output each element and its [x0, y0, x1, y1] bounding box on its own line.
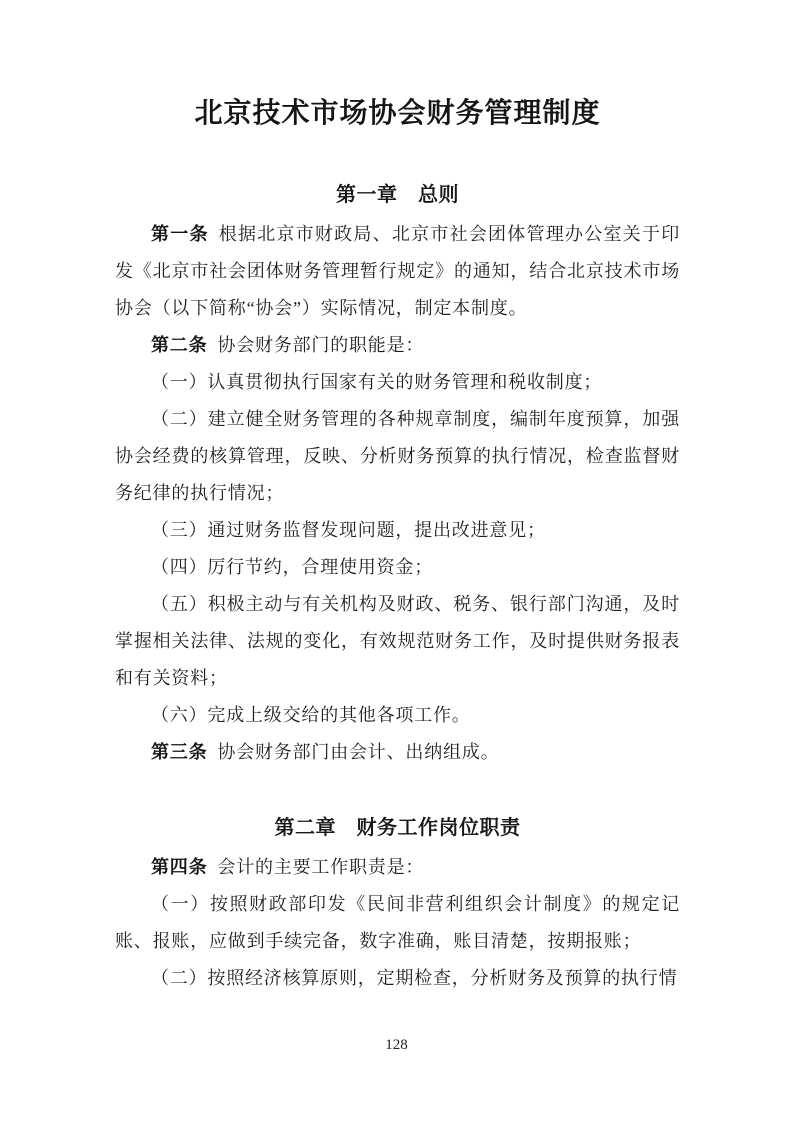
- item-paragraph: （二）按照经济核算原则，定期检查，分析财务及预算的执行情: [115, 960, 680, 997]
- page-number: 128: [0, 1036, 793, 1054]
- item-paragraph: （一）按照财政部印发《民间非营利组织会计制度》的规定记账、报账，应做到手续完备，…: [115, 886, 680, 960]
- item-paragraph: （六）完成上级交给的其他各项工作。: [115, 697, 680, 734]
- document-page: 北京技术市场协会财务管理制度 第一章 总则第一条根据北京市财政局、北京市社会团体…: [0, 0, 793, 1122]
- chapter-heading: 第一章 总则: [115, 182, 680, 208]
- document-content: 北京技术市场协会财务管理制度 第一章 总则第一条根据北京市财政局、北京市社会团体…: [0, 0, 793, 997]
- article-label: 第一条: [151, 224, 209, 244]
- item-paragraph: （一）认真贯彻执行国家有关的财务管理和税收制度；: [115, 364, 680, 401]
- article-label: 第二条: [151, 335, 207, 355]
- item-paragraph: （二）建立健全财务管理的各种规章制度，编制年度预算，加强协会经费的核算管理，反映…: [115, 401, 680, 512]
- article-paragraph: 第三条协会财务部门由会计、出纳组成。: [115, 734, 680, 771]
- article-paragraph: 第二条协会财务部门的职能是：: [115, 327, 680, 364]
- article-paragraph: 第一条根据北京市财政局、北京市社会团体管理办公室关于印发《北京市社会团体财务管理…: [115, 216, 680, 327]
- article-label: 第三条: [151, 742, 207, 762]
- article-label: 第四条: [151, 857, 207, 877]
- item-paragraph: （三）通过财务监督发现问题，提出改进意见；: [115, 512, 680, 549]
- document-body: 第一章 总则第一条根据北京市财政局、北京市社会团体管理办公室关于印发《北京市社会…: [115, 182, 680, 997]
- document-title: 北京技术市场协会财务管理制度: [115, 97, 680, 131]
- item-paragraph: （五）积极主动与有关机构及财政、税务、银行部门沟通，及时掌握相关法律、法规的变化…: [115, 586, 680, 697]
- item-paragraph: （四）厉行节约，合理使用资金；: [115, 549, 680, 586]
- chapter-heading: 第二章 财务工作岗位职责: [115, 815, 680, 841]
- article-paragraph: 第四条会计的主要工作职责是：: [115, 849, 680, 886]
